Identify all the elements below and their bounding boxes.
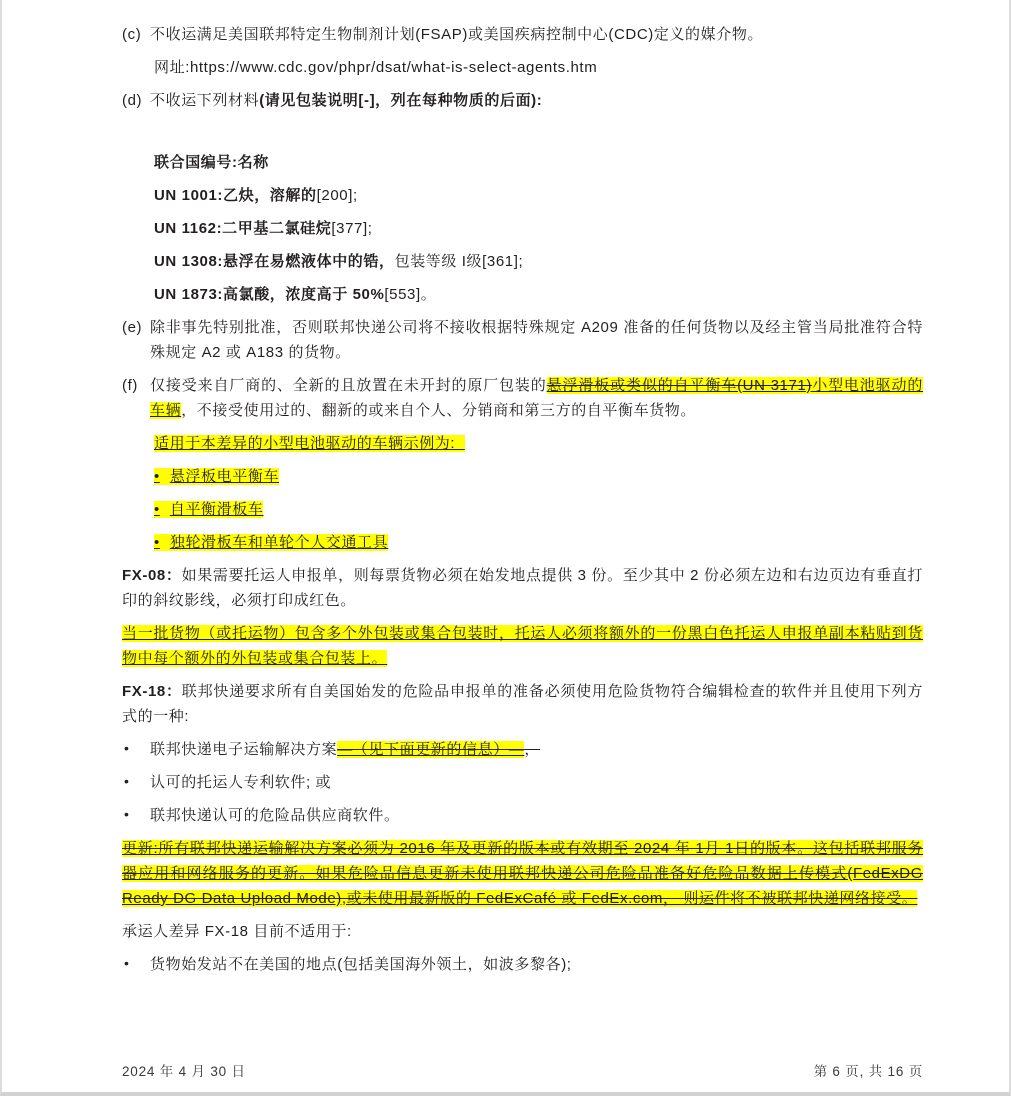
fx18-not-applicable-intro: 承运人差异 FX-18 目前不适用于:: [122, 919, 923, 944]
url-text: https://www.cdc.gov/phpr/dsat/what-is-se…: [190, 59, 597, 76]
un-item-detail: 包装等级 I级[361];: [395, 253, 524, 270]
un-item-detail: [377];: [331, 220, 372, 237]
document-page: (c) 不收运满足美国联邦特定生物制剂计划(FSAP)或美国疾病控制中心(CDC…: [0, 0, 1011, 1096]
f-example-text: 悬浮板电平衡车: [170, 468, 279, 485]
item-d: (d) 不收运下列材料(请见包装说明[-]，列在每种物质的后面):: [122, 88, 923, 113]
item-c: (c) 不收运满足美国联邦特定生物制剂计划(FSAP)或美国疾病控制中心(CDC…: [122, 22, 923, 47]
fx18-bullet-text: 联邦快递电子运输解决方案: [150, 741, 337, 758]
f-example-item: •悬浮板电平衡车: [154, 464, 923, 489]
item-d-text: 不收运下列材料: [150, 92, 259, 109]
bullet-icon: •: [154, 534, 170, 551]
fx18-text: 联邦快递要求所有自美国始发的危险品申报单的准备必须使用危险货物符合编辑检查的软件…: [122, 683, 923, 725]
item-e-label: (e): [122, 315, 142, 340]
fx18-bullet-text: 认可的托运人专利软件; 或: [150, 774, 331, 791]
f-example-item: •独轮滑板车和单轮个人交通工具: [154, 530, 923, 555]
un-list-item: UN 1873:高氯酸，浓度高于 50%[553]。: [154, 282, 923, 307]
un-item-number: UN 1308:悬浮在易燃液体中的锆，: [154, 253, 395, 270]
un-list-item: UN 1001:乙炔，溶解的[200];: [154, 183, 923, 208]
f-examples-intro-text: 适用于本差异的小型电池驱动的车辆示例为:: [154, 435, 465, 452]
fx08-note-text: 当一批货物（或托运物）包含多个外包装或集合包装时，托运人必须将额外的一份黑白色托…: [122, 625, 923, 667]
fx18-label: FX-18：: [122, 683, 182, 700]
f-examples-intro: 适用于本差异的小型电池驱动的车辆示例为:: [154, 431, 923, 456]
bullet-icon: •: [154, 501, 170, 518]
fx18-paragraph: FX-18：联邦快递要求所有自美国始发的危险品申报单的准备必须使用危险货物符合编…: [122, 679, 923, 729]
item-f-label: (f): [122, 373, 138, 398]
item-f-lead: 仅接受来自厂商的、全新的且放置在未开封的原厂包装的: [150, 377, 547, 394]
item-f-tail: ，不接受使用过的、翻新的或来自个人、分销商和第三方的自平衡车货物。: [181, 402, 696, 419]
f-example-text: 独轮滑板车和单轮个人交通工具: [170, 534, 388, 551]
un-item-number: UN 1873:高氯酸，浓度高于 50%: [154, 286, 384, 303]
item-f: (f) 仅接受来自厂商的、全新的且放置在未开封的原厂包装的悬浮滑板或类似的自平衡…: [122, 373, 923, 423]
page-footer: 2024 年 4 月 30 日 第 6 页, 共 16 页: [122, 1060, 923, 1080]
bullet-icon: •: [154, 468, 170, 485]
document-content: (c) 不收运满足美国联邦特定生物制剂计划(FSAP)或美国疾病控制中心(CDC…: [122, 22, 923, 985]
fx08-paragraph: FX-08：如果需要托运人申报单，则每票货物必须在始发地点提供 3 份。至少其中…: [122, 563, 923, 613]
fx08-label: FX-08：: [122, 567, 182, 584]
item-c-text: 不收运满足美国联邦特定生物制剂计划(FSAP)或美国疾病控制中心(CDC)定义的…: [150, 26, 763, 43]
bullet-icon: •: [124, 769, 130, 794]
fx08-highlight-note: 当一批货物（或托运物）包含多个外包装或集合包装时，托运人必须将额外的一份黑白色托…: [122, 621, 923, 671]
fx18-bullet-deleted-tail: ，: [524, 741, 540, 758]
fx18-bullet-item: • 认可的托运人专利软件; 或: [122, 770, 923, 795]
bullet-icon: •: [124, 951, 130, 976]
footer-date: 2024 年 4 月 30 日: [122, 1060, 246, 1080]
fx18-not-applicable-text: 货物始发站不在美国的地点(包括美国海外领土，如波多黎各);: [150, 956, 572, 973]
bullet-icon: •: [124, 802, 130, 827]
item-e-text: 除非事先特别批准，否则联邦快递公司将不接收根据特殊规定 A209 准备的任何货物…: [150, 319, 923, 361]
un-item-detail: [200];: [317, 187, 358, 204]
un-item-number: UN 1001:乙炔，溶解的: [154, 187, 317, 204]
un-item-number: UN 1162:二甲基二氯硅烷: [154, 220, 331, 237]
url-line: 网址:https://www.cdc.gov/phpr/dsat/what-is…: [154, 55, 923, 80]
item-e: (e) 除非事先特别批准，否则联邦快递公司将不接收根据特殊规定 A209 准备的…: [122, 315, 923, 365]
item-d-bold-text: (请见包装说明[-]，列在每种物质的后面):: [259, 92, 542, 109]
url-label: 网址:: [154, 59, 190, 76]
fx18-bullet-item: • 联邦快递电子运输解决方案—（见下面更新的信息）—，: [122, 737, 923, 762]
f-example-text: 自平衡滑板车: [170, 501, 264, 518]
item-f-deleted-text: 悬浮滑板或类似的自平衡车(UN 3171): [547, 377, 812, 394]
un-list-header: 联合国编号:名称: [154, 150, 923, 175]
un-list-item: UN 1308:悬浮在易燃液体中的锆，包装等级 I级[361];: [154, 249, 923, 274]
fx18-bullet-item: • 联邦快递认可的危险品供应商软件。: [122, 803, 923, 828]
item-c-label: (c): [122, 22, 141, 47]
footer-page-number: 第 6 页, 共 16 页: [814, 1060, 923, 1080]
fx18-bullet-text: 联邦快递认可的危险品供应商软件。: [150, 807, 400, 824]
fx18-update-deleted-text: 更新:所有联邦快递运输解决方案必须为 2016 年及更新的版本或有效期至 202…: [122, 840, 923, 907]
fx18-bullet-deleted: —（见下面更新的信息）—: [337, 741, 524, 758]
un-item-detail: [553]。: [384, 286, 436, 303]
f-example-item: •自平衡滑板车: [154, 497, 923, 522]
fx18-not-applicable-item: • 货物始发站不在美国的地点(包括美国海外领土，如波多黎各);: [122, 952, 923, 977]
fx18-update-deleted-block: 更新:所有联邦快递运输解决方案必须为 2016 年及更新的版本或有效期至 202…: [122, 836, 923, 911]
bullet-icon: •: [124, 736, 130, 761]
fx08-text: 如果需要托运人申报单，则每票货物必须在始发地点提供 3 份。至少其中 2 份必须…: [122, 567, 923, 609]
un-list-item: UN 1162:二甲基二氯硅烷[377];: [154, 216, 923, 241]
item-d-label: (d): [122, 88, 142, 113]
